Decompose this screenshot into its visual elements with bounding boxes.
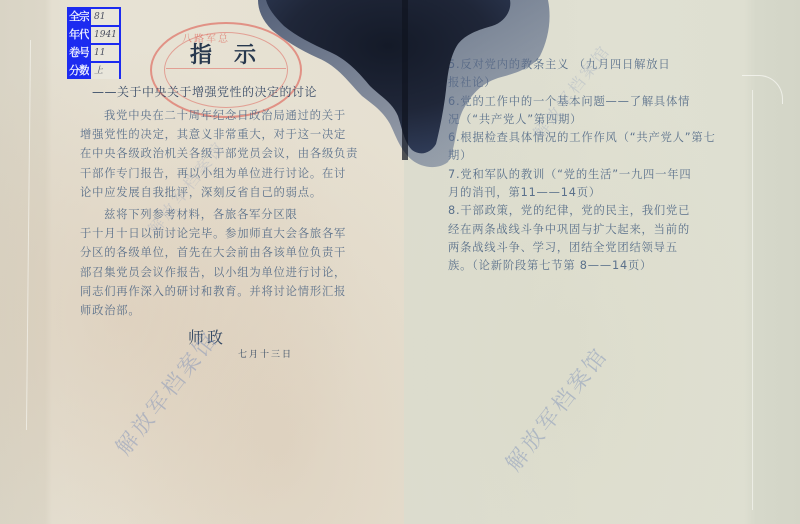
text-line: 部召集党员会议作报告，以小组为单位进行讨论， [80, 263, 346, 282]
text-line: 兹将下列参考材料，各旅各军分区限 [80, 205, 346, 224]
stamp-value: 1941 [91, 27, 119, 43]
stamp-label: 全宗 [69, 9, 89, 25]
text-line: 同志们再作深入的研讨和教育。并将讨论情形汇报 [80, 282, 346, 301]
stamp-label: 卷号 [69, 45, 89, 61]
text-line: 师政治部。 [80, 301, 346, 320]
paragraph-2: 兹将下列参考材料，各旅各军分区限 于十月十日以前讨论完毕。参加师直大会各旅各军 … [80, 205, 346, 320]
list-item: 两条战线斗争、学习，团结全党团结领导五 [448, 239, 716, 257]
text-line: 干部作专门报告，再以小组为单位进行讨论。在讨 [80, 164, 358, 183]
archive-stamp: 全宗 81 年代 1941 卷号 11 分数 上 [67, 7, 121, 79]
stamp-value: 11 [91, 45, 119, 61]
list-item: 7.党和军队的教训（“党的生活”一九四一年四 [448, 166, 716, 184]
text-line: 论中应发展自我批评，深刻反省自己的弱点。 [80, 183, 358, 202]
fold-crease [752, 90, 753, 510]
document-title: 指示 [190, 38, 278, 69]
text-line: 于十月十日以前讨论完毕。参加师直大会各旅各军 [80, 224, 346, 243]
fold-crease [26, 40, 31, 430]
left-page: 全宗 81 年代 1941 卷号 11 分数 上 八路军总 指示 ——关于中央关… [0, 0, 404, 524]
red-seal-stamp: 八路军总 [150, 22, 302, 118]
list-item: 6.根据检查具体情况的工作作风（“共产党人”第七 [448, 129, 716, 147]
list-item: 月的消刊，第11——14页） [448, 184, 716, 202]
text-line: 我党中央在二十周年纪念日政治局通过的关于 [80, 106, 358, 125]
stamp-label: 年代 [69, 27, 89, 43]
text-line: 分区的各级单位，首先在大会前由各该单位负责干 [80, 243, 346, 262]
list-item: 期） [448, 147, 716, 165]
document-date: 七月十三日 [238, 347, 293, 360]
list-item: 8.干部政策，党的纪律，党的民主，我们党已 [448, 202, 716, 220]
stamp-label: 分数 [69, 63, 89, 79]
list-item: 经在两条战线斗争中巩固与扩大起来，当前的 [448, 221, 716, 239]
stamp-value: 81 [91, 9, 119, 25]
stamp-value: 上 [91, 63, 119, 79]
list-item: 族。（论新阶段第七节第 8——14页） [448, 257, 716, 275]
list-item: 况（“共产党人”第四期） [448, 111, 716, 129]
document-subtitle: ——关于中央关于增强党性的决定的讨论 [92, 83, 317, 100]
